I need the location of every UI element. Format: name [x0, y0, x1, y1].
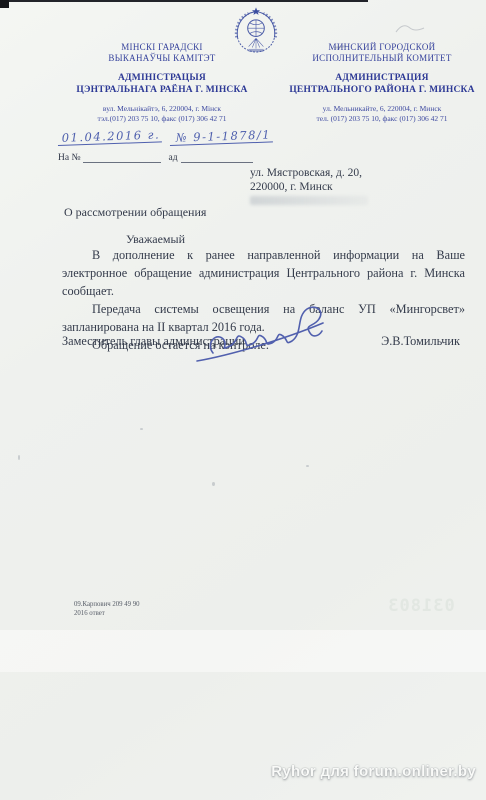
signer-name: Э.В.Томильчик — [381, 334, 460, 349]
recipient-street: ул. Мястровская, д. 20, — [250, 166, 368, 180]
body-paragraph: В дополнение к ранее направленной информ… — [62, 246, 465, 300]
scan-corner-artifact — [0, 0, 9, 8]
org-name-line: ВЫКАНАЎЧЫ КАМІТЭТ — [48, 53, 276, 64]
forum-watermark: Ryhor для forum.onliner.by — [271, 763, 476, 780]
recipient-city: 220000, г. Минск — [250, 180, 368, 194]
admin-name-line: ЦЕНТРАЛЬНОГО РАЙОНА Г. МИНСКА — [282, 85, 482, 97]
admin-name-line: АДМІНІСТРАЦЫЯ — [48, 73, 276, 85]
speck — [306, 465, 309, 467]
scanned-letter-page: МІНСКІ ГАРАДСКІ ВЫКАНАЎЧЫ КАМІТЭТ АДМІНІ… — [0, 0, 486, 800]
speck — [18, 455, 20, 460]
letter-subject: О рассмотрении обращения — [64, 205, 206, 220]
reference-block: 01.04.2016 г. № 9-1-1878/1 На № ад — [58, 131, 253, 163]
org-phones: тэл.(017) 203 75 10, факс (017) 306 42 7… — [48, 114, 276, 124]
executor-line: 09.Карпович 209 49 90 — [74, 601, 140, 610]
letterhead-russian: МИНСКИЙ ГОРОДСКОЙ ИСПОЛНИТЕЛЬНЫЙ КОМИТЕТ… — [282, 42, 482, 123]
pencil-smudge-mark — [394, 20, 428, 36]
handwritten-date: 01.04.2016 г. — [57, 127, 162, 146]
org-name-line: ИСПОЛНИТЕЛЬНЫЙ КОМИТЕТ — [282, 53, 482, 64]
org-phones: тел. (017) 203 75 10, факс (017) 306 42 … — [282, 114, 482, 124]
handwritten-signature — [193, 303, 333, 367]
from-date-blank — [181, 162, 253, 163]
scan-edge-artifact — [0, 0, 368, 2]
incoming-number-label: На № — [58, 153, 81, 163]
executor-note: 09.Карпович 209 49 90 2016 ответ — [74, 601, 140, 618]
from-date-label: ад — [169, 153, 178, 163]
org-address: ул. Мельникайте, 6, 220004, г. Минск — [282, 104, 482, 114]
speck — [140, 428, 143, 430]
org-name-line: МІНСКІ ГАРАДСКІ — [48, 42, 276, 53]
handwritten-outgoing-number: № 9-1-1878/1 — [170, 127, 274, 146]
org-address: вул. Мельнікайтэ, 6, 220004, г. Мінск — [48, 104, 276, 114]
recipient-address-block: ул. Мястровская, д. 20, 220000, г. Минск — [250, 166, 368, 205]
executor-line: 2016 ответ — [74, 610, 140, 619]
incoming-number-blank — [83, 162, 161, 163]
admin-name-line: ЦЭНТРАЛЬНАГА РАЁНА Г. МІНСКА — [48, 85, 276, 97]
org-name-line: МИНСКИЙ ГОРОДСКОЙ — [282, 42, 482, 53]
admin-name-line: АДМИНИСТРАЦИЯ — [282, 73, 482, 85]
bleedthrough-form-number: 031803 — [377, 596, 465, 616]
scan-light-band — [0, 630, 486, 672]
speck — [212, 482, 215, 486]
salutation: Уважаемый — [126, 232, 185, 247]
redacted-recipient-name — [250, 196, 368, 205]
letterhead-belarusian: МІНСКІ ГАРАДСКІ ВЫКАНАЎЧЫ КАМІТЭТ АДМІНІ… — [48, 42, 276, 123]
